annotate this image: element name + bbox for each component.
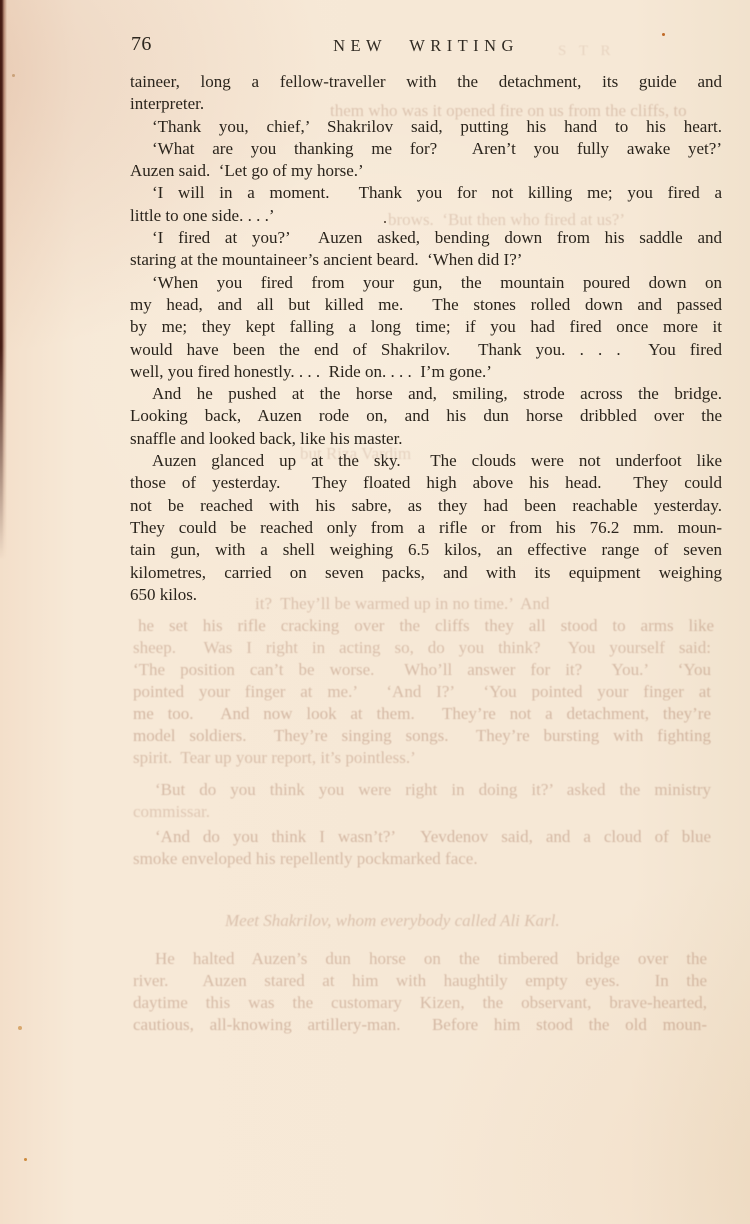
- text-line: Auzen said. ‘Let go of my horse.’: [130, 160, 722, 182]
- text-line: ‘I fired at you?’ Auzen asked, bending d…: [130, 227, 722, 249]
- paper-speck: [18, 1026, 22, 1030]
- ghost-text-line: ‘And do you think I wasn’t?’ Yevdenov sa…: [155, 826, 711, 848]
- ghost-text-line: me too. And now look at them. They’re no…: [133, 703, 711, 725]
- ghost-text-line: smoke enveloped his repellently pockmark…: [133, 848, 478, 870]
- ghost-text-line: ‘But do you think you were right in doin…: [155, 779, 711, 801]
- ghost-text-line: pointed your finger at me.’ ‘And I?’ ‘Yo…: [133, 681, 711, 703]
- text-line: They could be reached only from a rifle …: [130, 517, 722, 539]
- text-line: Auzen glanced up at the sky. The clouds …: [130, 450, 722, 472]
- running-head: NEW WRITING: [130, 36, 722, 56]
- ghost-text-line: river. Auzen stared at him with haughtil…: [133, 970, 707, 992]
- text-line: my head, and all but killed me. The ston…: [130, 294, 722, 316]
- ghost-text-line: Meet Shakrilov, whom everybody called Al…: [225, 910, 560, 932]
- book-page: 76 NEW WRITING S T Rthem who was it open…: [0, 0, 750, 1224]
- text-line: well, you fired honestly. . . . Ride on.…: [130, 361, 722, 383]
- text-line: 650 kilos.: [130, 584, 722, 606]
- text-line: snaffle and looked back, like his master…: [130, 428, 722, 450]
- ghost-text-line: he set his rifle cracking over the cliff…: [138, 615, 714, 637]
- ghost-text-line: ‘The position can’t be worse. Who’ll ans…: [133, 659, 711, 681]
- text-line: interpreter.: [130, 93, 722, 115]
- paper-speck: [24, 1158, 27, 1161]
- ghost-text-line: spirit. Tear up your report, it’s pointl…: [133, 747, 416, 769]
- text-line: staring at the mountaineer’s ancient bea…: [130, 249, 722, 271]
- ghost-text-line: He halted Auzen’s dun horse on the timbe…: [155, 948, 707, 970]
- text-line: those of yesterday. They floated high ab…: [130, 472, 722, 494]
- paper-speck: [384, 221, 386, 223]
- text-line: taineer, long a fellow-traveller with th…: [130, 71, 722, 93]
- scan-edge-shadow: [0, 0, 7, 560]
- text-line: ‘Thank you, chief,’ Shakrilov said, putt…: [130, 116, 722, 138]
- ghost-text-line: sheep. Was I right in acting so, do you …: [133, 637, 711, 659]
- text-line: tain gun, with a shell weighing 6.5 kilo…: [130, 539, 722, 561]
- ghost-text-line: commissar.: [133, 801, 210, 823]
- ghost-text-line: model soldiers. They’re singing songs. T…: [133, 725, 711, 747]
- text-line: ‘What are you thanking me for? Aren’t yo…: [130, 138, 722, 160]
- text-line: Looking back, Auzen rode on, and his dun…: [130, 405, 722, 427]
- paper-speck: [12, 74, 15, 77]
- text-line: ‘I will in a moment. Thank you for not k…: [130, 182, 722, 204]
- text-line: ‘When you fired from your gun, the mount…: [130, 272, 722, 294]
- text-line: would have been the end of Shakrilov. Th…: [130, 339, 722, 361]
- ghost-text-line: cautious, all-knowing artillery-man. Bef…: [133, 1014, 707, 1036]
- text-line: And he pushed at the horse and, smiling,…: [130, 383, 722, 405]
- text-line: by me; they kept falling a long time; if…: [130, 316, 722, 338]
- text-line: kilometres, carried on seven packs, and …: [130, 562, 722, 584]
- paper-speck: [662, 33, 665, 36]
- text-line: not be reached with his sabre, as they h…: [130, 495, 722, 517]
- body-text: taineer, long a fellow-traveller with th…: [130, 71, 722, 606]
- ghost-text-line: daytime this was the customary Kizen, th…: [133, 992, 707, 1014]
- text-line: little to one side. . . .’: [130, 205, 722, 227]
